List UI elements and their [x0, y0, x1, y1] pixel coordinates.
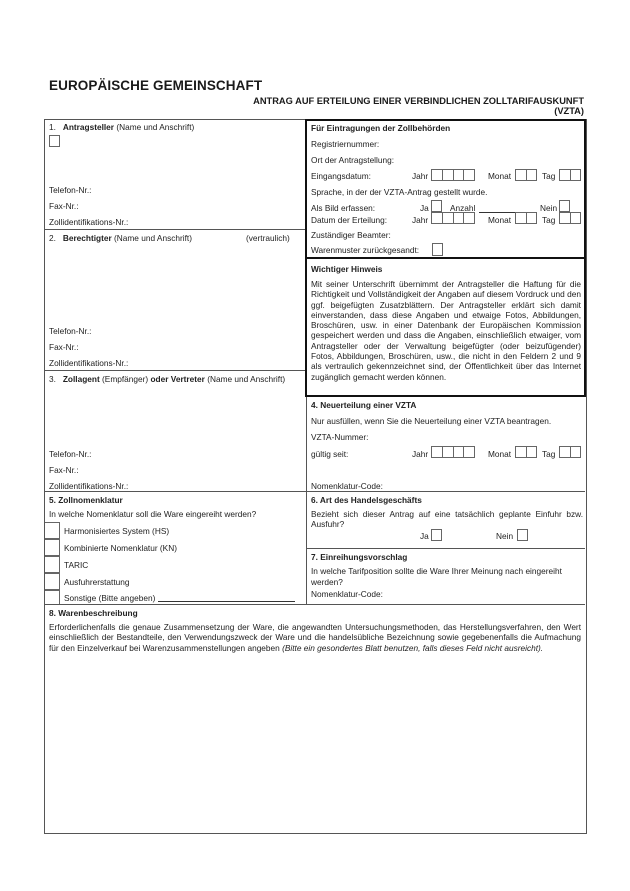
valid-month-boxes[interactable]: [515, 446, 537, 458]
valid-day-label: Tag: [542, 449, 555, 459]
applicant-fax-label: Fax-Nr.:: [49, 201, 79, 211]
option-taric-label: TARIC: [64, 560, 88, 570]
applicant-customs-id-label: Zollidentifikations-Nr.:: [49, 217, 128, 227]
section-3-number: 3.: [49, 374, 56, 384]
issue-month-boxes[interactable]: [515, 212, 537, 224]
samples-returned-label: Warenmuster zurückgesandt:: [311, 245, 419, 255]
section-6-title: 6. Art des Handelsgeschäfts: [311, 495, 422, 505]
receipt-day-boxes[interactable]: [559, 169, 581, 181]
option-hs-label: Harmonisiertes System (HS): [64, 526, 169, 536]
notice-title: Wichtiger Hinweis: [311, 264, 382, 274]
applicant-phone-label: Telefon-Nr.:: [49, 185, 91, 195]
holder-phone-label: Telefon-Nr.:: [49, 326, 91, 336]
capture-no-label: Nein: [540, 203, 557, 213]
option-kn-label: Kombinierte Nomenklatur (KN): [64, 543, 177, 553]
transaction-no-label: Nein: [496, 531, 513, 541]
transaction-yes-checkbox[interactable]: [431, 529, 442, 541]
issue-year-label: Jahr: [412, 215, 428, 225]
valid-month-label: Monat: [488, 449, 511, 459]
valid-year-boxes[interactable]: [431, 446, 475, 458]
section-8-title: 8. Warenbeschreibung: [49, 608, 138, 618]
applicant-checkbox[interactable]: [49, 135, 60, 147]
option-export-refund-label: Ausfuhrerstattung: [64, 577, 130, 587]
registration-label: Registriernummer:: [311, 139, 379, 149]
divider-6-7: [306, 548, 585, 549]
valid-day-boxes[interactable]: [559, 446, 581, 458]
section-3-title-suffix: (Name und Anschrift): [207, 374, 285, 384]
issue-year-boxes[interactable]: [431, 212, 475, 224]
vzta-number-label: VZTA-Nummer:: [311, 432, 368, 442]
section-5-title: 5. Zollnomenklatur: [49, 495, 123, 505]
receipt-date-label: Eingangsdatum:: [311, 171, 371, 181]
section-4-title: 4. Neuerteilung einer VZTA: [311, 400, 416, 410]
option-taric-checkbox[interactable]: [45, 556, 60, 573]
section-6-question: Bezieht sich dieser Antrag auf eine tats…: [311, 510, 583, 529]
section-3-title-b: (Empfänger): [102, 374, 148, 384]
section-2-title: Berechtigter: [63, 233, 112, 243]
section-1-number: 1.: [49, 122, 56, 132]
issue-day-boxes[interactable]: [559, 212, 581, 224]
section-4-instruction: Nur ausfüllen, wenn Sie die Neuerteilung…: [311, 416, 551, 426]
option-other-checkbox[interactable]: [45, 590, 60, 604]
agent-fax-label: Fax-Nr.:: [49, 465, 79, 475]
holder-customs-id-label: Zollidentifikations-Nr.:: [49, 358, 128, 368]
option-other-label: Sonstige (Bitte angeben): [64, 593, 155, 603]
section-3-title-c: oder Vertreter: [150, 374, 204, 384]
form-title-abbrev: (VZTA): [554, 106, 584, 116]
receipt-month-boxes[interactable]: [515, 169, 537, 181]
section-4-code-label: Nomenklatur-Code:: [311, 481, 383, 491]
holder-fax-label: Fax-Nr.:: [49, 342, 79, 352]
language-label: Sprache, in der der VZTA-Antrag gestellt…: [311, 187, 487, 197]
authority-title: Für Eintragungen der Zollbehörden: [311, 123, 450, 133]
notice-text: Mit seiner Unterschrift übernimmt der An…: [311, 279, 581, 382]
divider-5-8: [44, 604, 585, 605]
description-field[interactable]: [45, 665, 584, 831]
transaction-no-checkbox[interactable]: [517, 529, 528, 541]
samples-returned-checkbox[interactable]: [432, 243, 443, 256]
divider-2-3: [44, 370, 306, 371]
option-kn-checkbox[interactable]: [45, 539, 60, 556]
capture-yes-label: Ja: [420, 203, 429, 213]
issue-day-label: Tag: [542, 215, 555, 225]
agent-customs-id-label: Zollidentifikations-Nr.:: [49, 481, 128, 491]
section-2-number: 2.: [49, 233, 56, 243]
officer-label: Zuständiger Beamter:: [311, 230, 391, 240]
section-7-title: 7. Einreihungsvorschlag: [311, 552, 407, 562]
confidential-label: (vertraulich): [246, 233, 290, 243]
section-5-question: In welche Nomenklatur soll die Ware eing…: [49, 509, 256, 519]
page-title: EUROPÄISCHE GEMEINSCHAFT: [49, 78, 262, 93]
capture-count-field[interactable]: [479, 212, 516, 213]
capture-no-checkbox[interactable]: [559, 200, 570, 212]
receipt-month-label: Monat: [488, 171, 511, 181]
section-7-code-label: Nomenklatur-Code:: [311, 589, 383, 599]
issue-date-label: Datum der Erteilung:: [311, 215, 387, 225]
receipt-year-label: Jahr: [412, 171, 428, 181]
capture-yes-checkbox[interactable]: [431, 200, 442, 212]
section-1-title: Antragsteller: [63, 122, 114, 132]
divider-3-5: [44, 491, 585, 492]
option-export-refund-checkbox[interactable]: [45, 573, 60, 590]
section-3-title-a: Zollagent: [63, 374, 100, 384]
option-hs-checkbox[interactable]: [45, 522, 60, 539]
receipt-year-boxes[interactable]: [431, 169, 475, 181]
option-other-field[interactable]: [158, 601, 295, 602]
section-2-title-suffix: (Name und Anschrift): [114, 233, 192, 243]
section-8-text: Erforderlichenfalls die genaue Zusammens…: [49, 622, 581, 653]
section-7-question: In welche Tarifposition sollte die Ware …: [311, 566, 583, 588]
valid-since-label: gültig seit:: [311, 449, 348, 459]
divider-1-2: [44, 229, 306, 230]
form-title: ANTRAG AUF ERTEILUNG EINER VERBINDLICHEN…: [253, 96, 584, 107]
issue-month-label: Monat: [488, 215, 511, 225]
capture-image-label: Als Bild erfassen:: [311, 203, 375, 213]
agent-phone-label: Telefon-Nr.:: [49, 449, 91, 459]
valid-year-label: Jahr: [412, 449, 428, 459]
section-8-note: (Bitte ein gesondertes Blatt benutzen, f…: [282, 643, 543, 653]
section-1-title-suffix: (Name und Anschrift): [116, 122, 194, 132]
receipt-day-label: Tag: [542, 171, 555, 181]
transaction-yes-label: Ja: [420, 531, 429, 541]
place-label: Ort der Antragstellung:: [311, 155, 394, 165]
